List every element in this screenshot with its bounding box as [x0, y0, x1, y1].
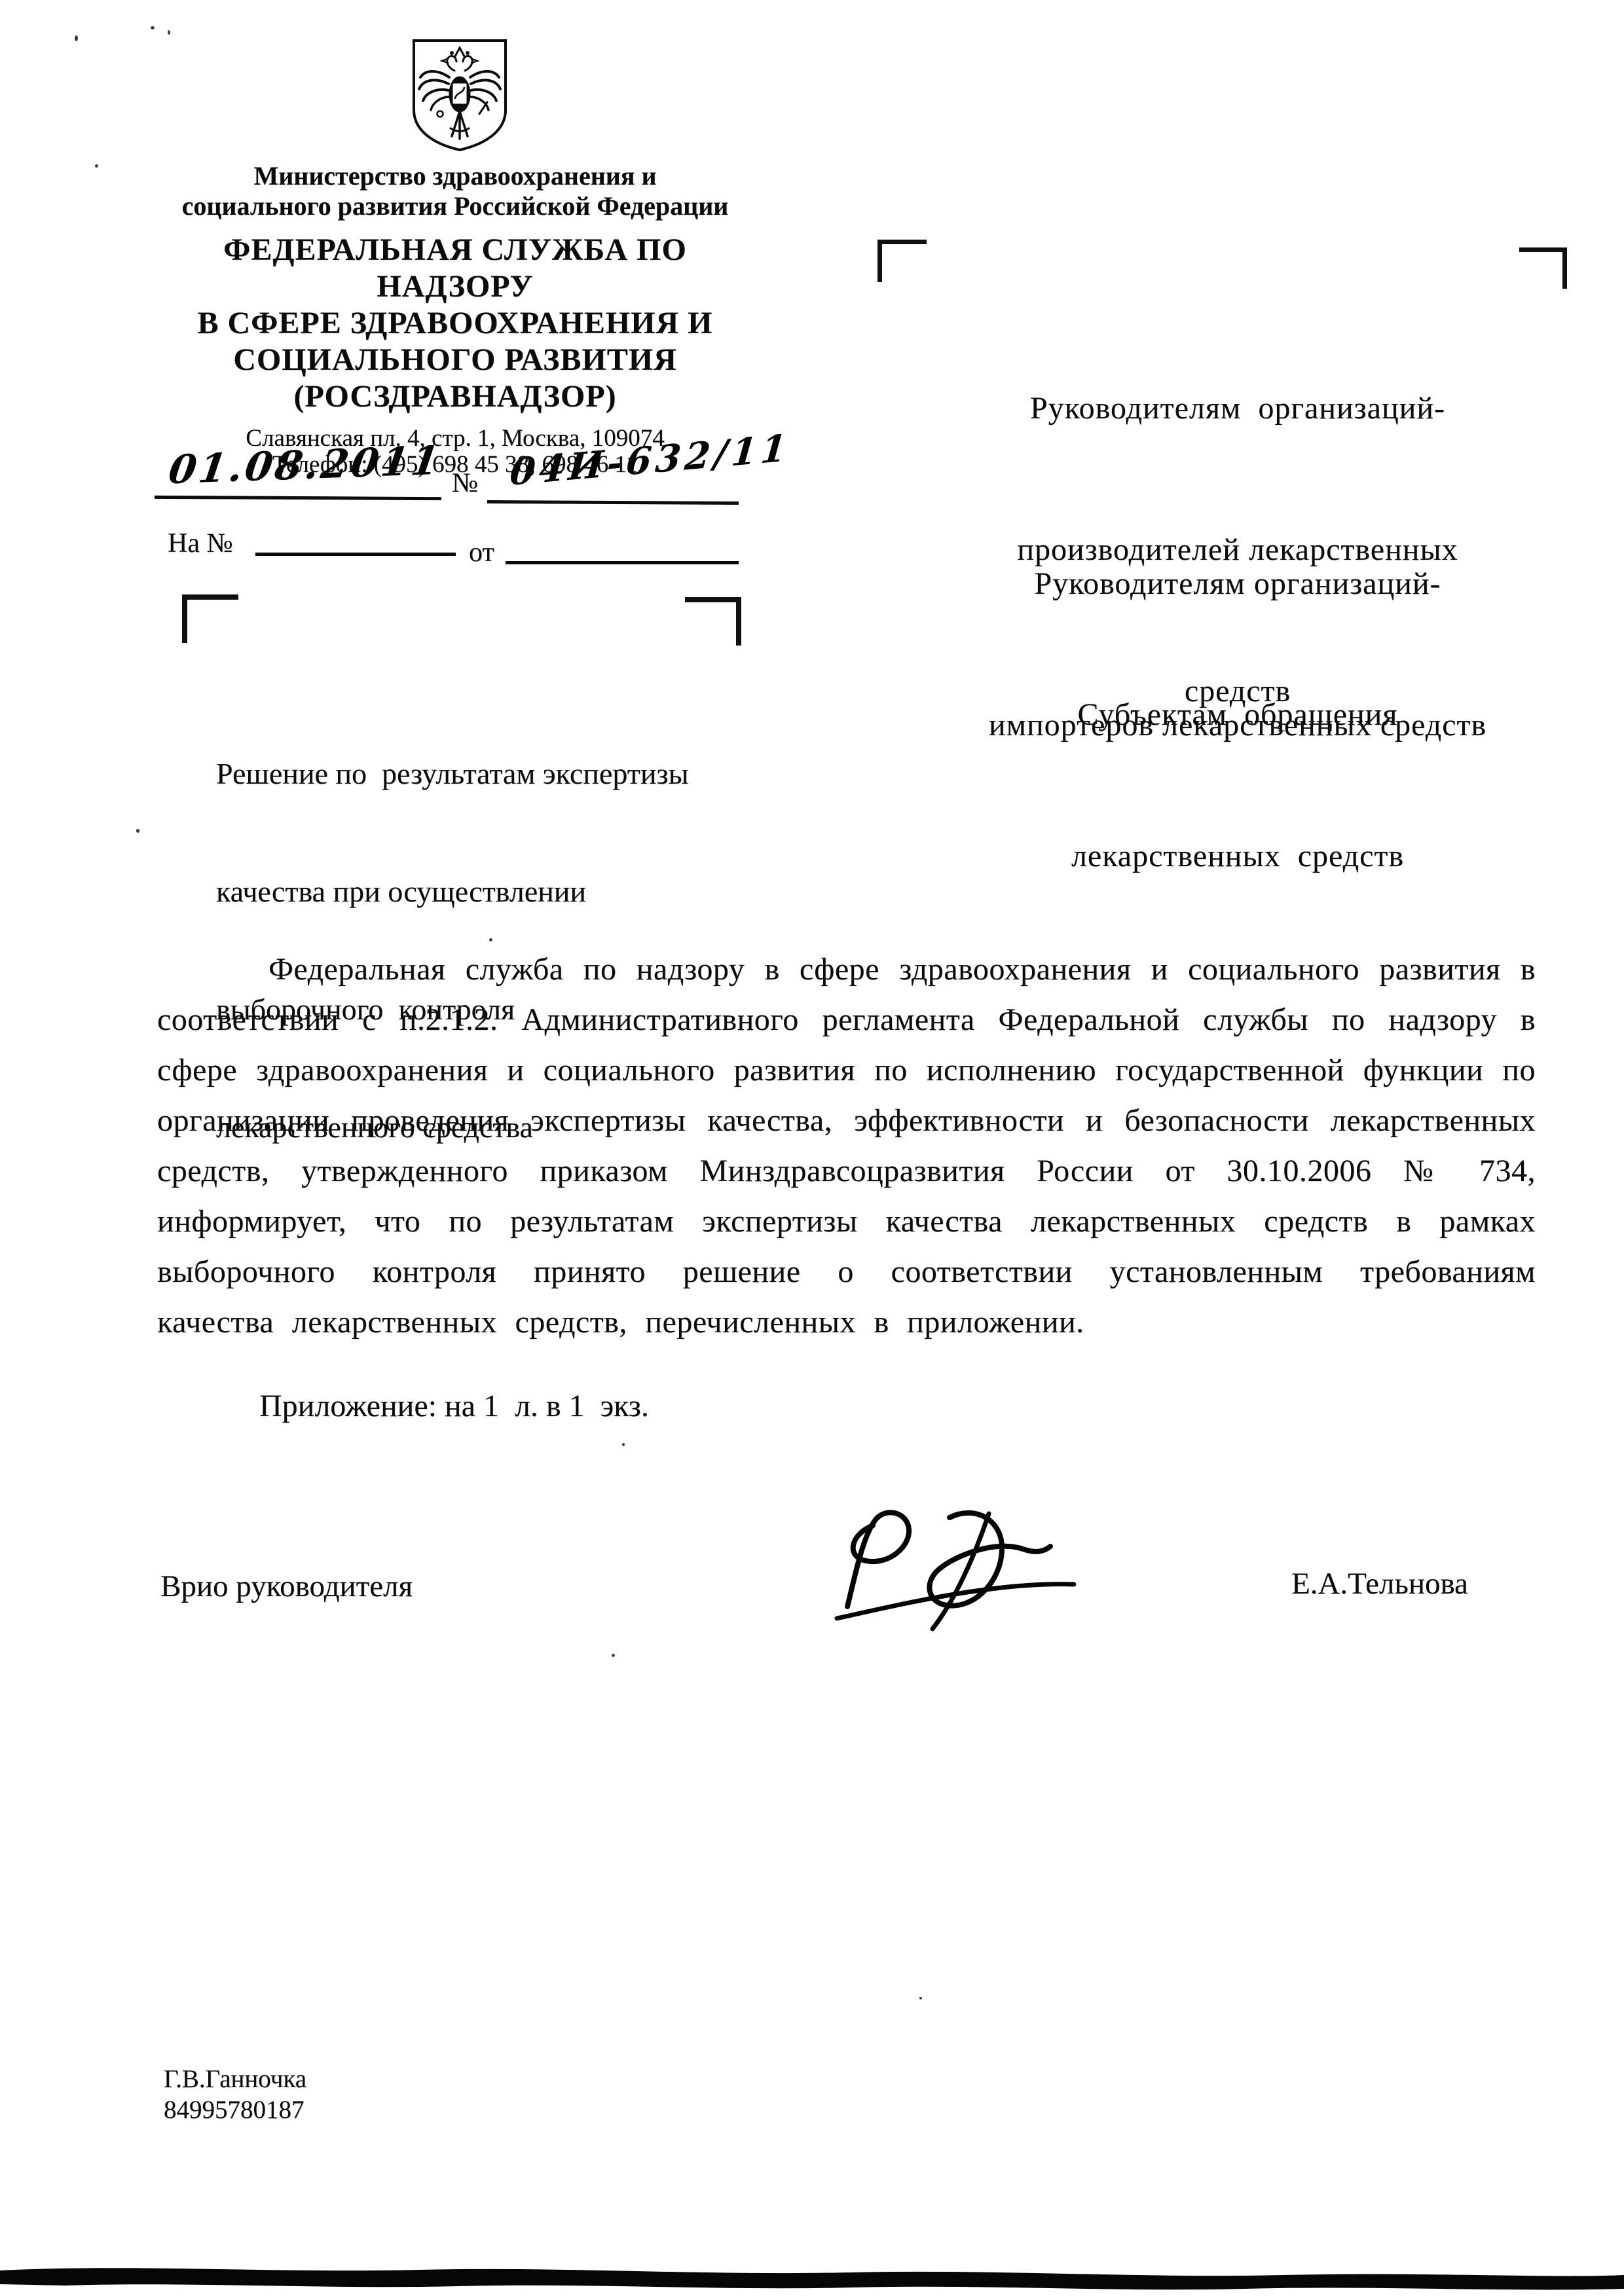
- scan-noise-dot: [622, 1443, 625, 1446]
- reply-to-number-label: На №: [168, 528, 233, 559]
- coat-of-arms-icon: [407, 35, 512, 156]
- handwritten-signature: [811, 1491, 1094, 1643]
- service-line: ФЕДЕРАЛЬНАЯ СЛУЖБА ПО НАДЗОРУ: [154, 232, 756, 305]
- reply-from-label: от: [469, 537, 494, 568]
- scan-noise-dot: [612, 1654, 615, 1657]
- signer-name: Е.А.Тельнова: [1291, 1566, 1468, 1601]
- service-name: ФЕДЕРАЛЬНАЯ СЛУЖБА ПО НАДЗОРУ В СФЕРЕ ЗД…: [154, 232, 756, 415]
- scan-noise-dot: [75, 35, 78, 41]
- executor-name: Г.В.Ганночка: [164, 2064, 306, 2094]
- scan-noise-dot: [95, 164, 98, 168]
- service-line: (РОСЗДРАВНАДЗОР): [154, 378, 756, 415]
- ministry-line: Министерство здравоохранения и: [154, 161, 756, 191]
- handwritten-date: 01.08.2011: [166, 438, 444, 494]
- date-underline: [155, 496, 441, 500]
- scan-noise-dot: [489, 938, 492, 941]
- subject-line: качества при осуществлении: [216, 872, 753, 911]
- reply-number-underline: [255, 553, 456, 556]
- scan-noise-dot: [919, 1997, 922, 1999]
- executor-phone: 84995780187: [164, 2095, 304, 2124]
- addressee-line: лекарственных средств: [917, 833, 1559, 880]
- signer-position: Врио руководителя: [160, 1569, 413, 1604]
- reply-date-underline: [506, 561, 739, 564]
- number-underline: [487, 500, 739, 505]
- scan-artifact-bar: [0, 2255, 1624, 2296]
- addressee-line: Руководителям организаций-: [917, 385, 1559, 432]
- attachment-line: Приложение: на 1 л. в 1 экз.: [259, 1388, 649, 1424]
- service-line: СОЦИАЛЬНОГО РАЗВИТИЯ: [154, 342, 756, 378]
- subject-zone-corner-mark: [685, 597, 741, 646]
- subject-zone-corner-mark: [182, 594, 238, 643]
- addressee-zone-corner-mark: [877, 240, 927, 282]
- subject-line: Решение по результатам экспертизы: [216, 754, 753, 793]
- scan-noise-dot: [136, 829, 139, 833]
- addressee-line: Субъектам обращения: [917, 691, 1559, 738]
- scan-noise-dot: [168, 30, 170, 35]
- service-line: В СФЕРЕ ЗДРАВООХРАНЕНИЯ И: [154, 305, 756, 342]
- scanned-letter-page: Министерство здравоохранения и социально…: [0, 0, 1624, 2296]
- addressee-zone-corner-mark: [1519, 247, 1567, 289]
- addressee-block: Субъектам обращения лекарственных средст…: [917, 597, 1559, 974]
- body-paragraph: Федеральная служба по надзору в сфере зд…: [157, 944, 1536, 1347]
- number-sign-label: №: [452, 467, 478, 499]
- letterhead: Министерство здравоохранения и социально…: [154, 161, 756, 478]
- scan-noise-dot: [151, 26, 155, 29]
- ministry-line: социального развития Российской Федераци…: [154, 191, 756, 221]
